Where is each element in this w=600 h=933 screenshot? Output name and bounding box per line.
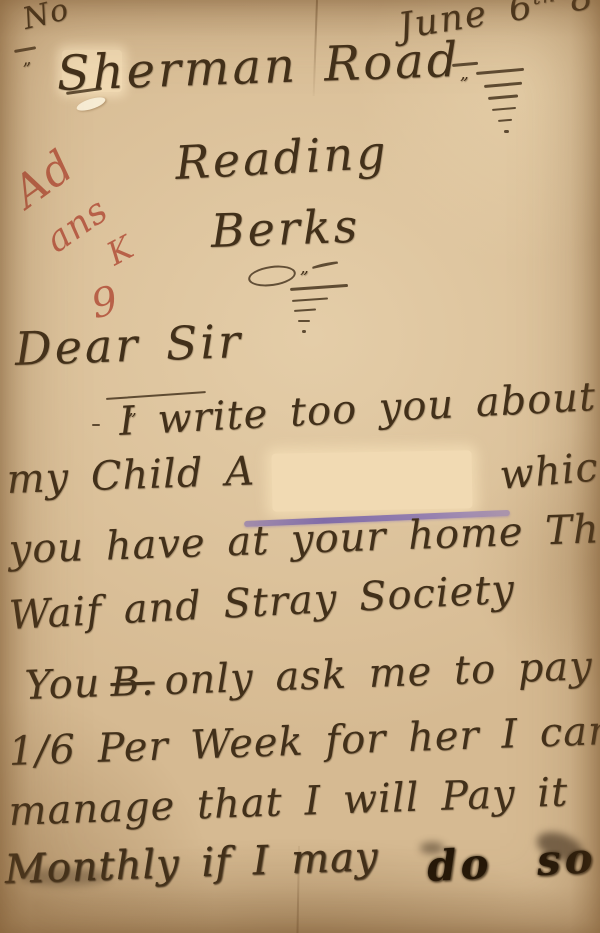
date-ordinal: th bbox=[530, 0, 558, 9]
flourish-oval bbox=[247, 263, 297, 289]
body-line-7: manage that I will Pay it bbox=[8, 772, 569, 832]
number-ditto-mark: „ bbox=[21, 51, 32, 69]
body-line-4: Waif and Stray Society bbox=[8, 569, 516, 635]
date-year: 87 bbox=[567, 0, 600, 20]
red-annotation-mark: K bbox=[102, 230, 139, 270]
flourish-line bbox=[290, 284, 348, 291]
flourish-line bbox=[498, 119, 512, 122]
address-street: Sherman Road bbox=[56, 36, 461, 98]
flourish-line bbox=[488, 94, 518, 99]
flourish-line bbox=[292, 297, 328, 302]
body-line-3: you have at your home The bbox=[8, 509, 600, 570]
body-line-8: Monthly if I may bbox=[4, 837, 379, 890]
letter-number-label: No bbox=[20, 0, 72, 35]
flourish-line bbox=[294, 308, 316, 312]
struck-out-letter: B. bbox=[110, 658, 156, 706]
body-line-5: YouB.only ask me to pay bbox=[24, 646, 593, 706]
child-name-redaction-patch bbox=[272, 450, 473, 511]
body-line-2-start: my Child A bbox=[6, 451, 256, 500]
flourish-line bbox=[476, 68, 524, 75]
body-line-8-blotted-words: do so bbox=[426, 837, 598, 888]
body-line-1: I write too you about bbox=[118, 377, 597, 442]
address-town: Reading bbox=[174, 129, 390, 186]
body-line-6: 1/6 Per Week for her I can bbox=[8, 711, 600, 772]
flourish-ditto-mark: „ bbox=[300, 260, 309, 277]
flourish-line bbox=[492, 107, 516, 111]
flourish-line bbox=[484, 82, 522, 88]
address-county: Berks bbox=[210, 203, 361, 254]
body-line-2-end: which bbox=[498, 445, 600, 496]
flourish-line bbox=[298, 320, 310, 322]
paragraph-dash bbox=[92, 424, 100, 426]
salutation: Dear Sir bbox=[14, 318, 244, 372]
flourish-dot bbox=[302, 330, 306, 333]
flourish-column bbox=[476, 72, 536, 144]
flourish-dot bbox=[504, 130, 509, 133]
letter-page: No „ June 6th87 „ Sherman Road Reading B… bbox=[0, 0, 600, 933]
flourish-tail bbox=[312, 261, 338, 269]
body-line-5-end: only ask me to pay bbox=[164, 643, 594, 704]
county-flourish: „ bbox=[248, 260, 378, 340]
body-line-5-start: You bbox=[24, 660, 101, 709]
